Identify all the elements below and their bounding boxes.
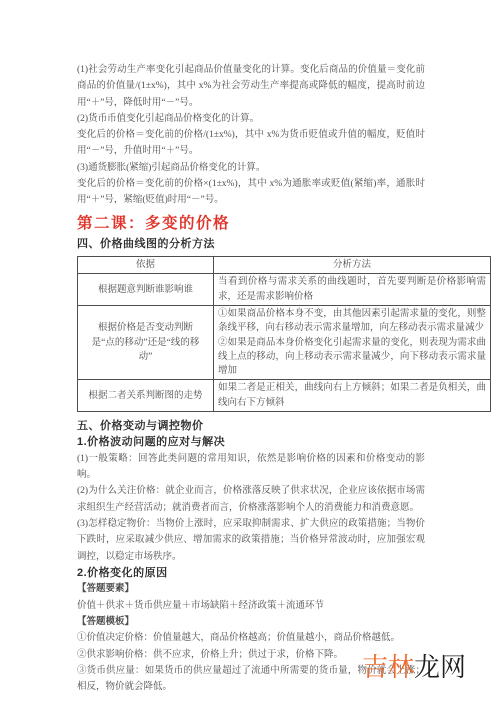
paragraph-calc-2: (2)货币币值变化引起商品价格变化的计算。 bbox=[77, 111, 425, 127]
table-cell-basis: 根据二者关系判断图的走势 bbox=[78, 380, 214, 412]
table-header-method: 分析方法 bbox=[214, 257, 491, 274]
watermark-prefix: 吉林 bbox=[362, 652, 414, 682]
answer-elements-text: 价值＋供求＋货币供应量＋市场缺陷＋经济政策＋流通环节 bbox=[77, 598, 425, 614]
document-content: (1)社会劳动生产率变化引起商品价值量变化的计算。变化后商品的价值量＝变化前商品… bbox=[77, 62, 425, 695]
site-watermark: 吉林龙网 bbox=[362, 652, 466, 682]
paragraph-item1-3: (3)怎样稳定物价：当物价上涨时，应采取抑制需求、扩大供应的政策措施；当物价下跌… bbox=[77, 516, 425, 565]
answer-template-label: 【答题模板】 bbox=[77, 614, 425, 630]
item-two-title: 2.价格变化的原因 bbox=[77, 565, 425, 581]
document-page: (1)社会劳动生产率变化引起商品价值量变化的计算。变化后商品的价值量＝变化前商品… bbox=[0, 0, 499, 706]
paragraph-calc-4: (3)通货膨胀(紧缩)引起商品价格变化的计算。 bbox=[77, 160, 425, 176]
table-cell-method: ①如果商品价格本身不变，由其他因素引起需求量的变化，则整条线平移，向右移动表示需… bbox=[214, 305, 491, 379]
table-cell-method: 如果二者是正相关，曲线向右上方倾斜；如果二者是负相关，曲线向右下方倾斜 bbox=[214, 380, 491, 412]
table-row: 根据二者关系判断图的走势 如果二者是正相关，曲线向右上方倾斜；如果二者是负相关，… bbox=[78, 380, 491, 412]
paragraph-item1-1: (1)一般策略：回答此类问题的常用知识，依然是影响价格的因素和价格变动的影响。 bbox=[77, 451, 425, 484]
paragraph-calc-3: 变化后的价格＝变化前的价格/(1±x%)，其中 x%为货币贬值或升值的幅度，贬值… bbox=[77, 127, 425, 160]
lesson-heading: 第二课：多变的价格 bbox=[77, 214, 425, 233]
section-four-title: 四、价格曲线图的分析方法 bbox=[77, 236, 425, 252]
section-five-title: 五、价格变动与调控物价 bbox=[77, 418, 425, 434]
table-row: 根据价格是否变动判断是“点的移动”还是“线的移动” ①如果商品价格本身不变，由其… bbox=[78, 305, 491, 379]
paragraph-calc-5: 变化后的价格＝变化前的价格×(1±x%)，其中 x%为通胀率或贬值(紧缩)率，通… bbox=[77, 176, 425, 209]
table-cell-method: 当看到价格与需求关系的曲线题时，首先要判断是价格影响需求，还是需求影响价格 bbox=[214, 274, 491, 306]
table-row: 根据题意判断谁影响谁 当看到价格与需求关系的曲线题时，首先要判断是价格影响需求，… bbox=[78, 274, 491, 306]
paragraph-item1-2: (2)为什么关注价格：就企业而言，价格涨落反映了供求状况，企业应该依据市场需求组… bbox=[77, 483, 425, 516]
watermark-suffix: 龙网 bbox=[414, 652, 466, 682]
paragraph-calc-1: (1)社会劳动生产率变化引起商品价值量变化的计算。变化后商品的价值量＝变化前商品… bbox=[77, 62, 425, 111]
analysis-method-table: 依据 分析方法 根据题意判断谁影响谁 当看到价格与需求关系的曲线题时，首先要判断… bbox=[77, 256, 491, 412]
table-cell-basis: 根据题意判断谁影响谁 bbox=[78, 274, 214, 306]
table-header-row: 依据 分析方法 bbox=[78, 257, 491, 274]
answer-template-item-1: ①价值决定价格：价值量越大，商品价格越高；价值量越小，商品价格越低。 bbox=[77, 630, 425, 646]
table-cell-basis: 根据价格是否变动判断是“点的移动”还是“线的移动” bbox=[78, 305, 214, 379]
answer-elements-label: 【答题要素】 bbox=[77, 581, 425, 597]
item-one-title: 1.价格波动问题的应对与解决 bbox=[77, 434, 425, 450]
table-header-basis: 依据 bbox=[78, 257, 214, 274]
